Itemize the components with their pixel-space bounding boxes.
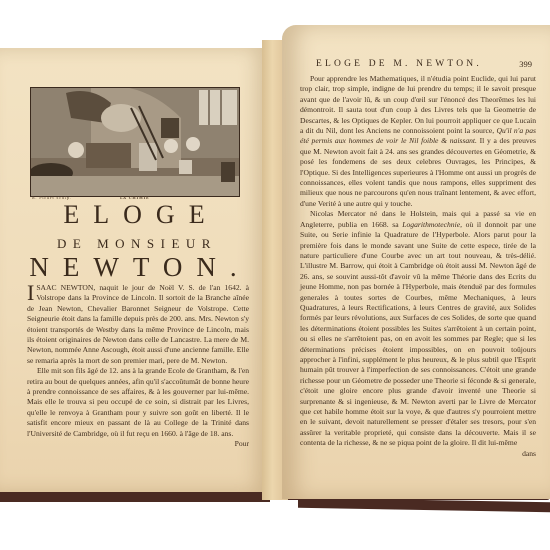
- engraving-alchemy-laboratory: [30, 87, 240, 197]
- title-newton: NEWTON.: [0, 252, 268, 283]
- drop-cap: I: [27, 284, 34, 302]
- catchword: Pour: [27, 439, 249, 449]
- catchword: dans: [300, 449, 536, 459]
- paragraph: Pour apprendre les Mathematiques, il n'é…: [300, 74, 536, 209]
- engraving-illustration-icon: [31, 88, 239, 196]
- left-page-body: ISAAC NEWTON, naquit le jour de Noël V. …: [27, 283, 249, 450]
- right-page-body: Pour apprendre les Mathematiques, il n'é…: [300, 74, 536, 459]
- paragraph: ISAAC NEWTON, naquit le jour de Noël V. …: [27, 283, 249, 366]
- book-cover-edge-left: [0, 494, 270, 502]
- paragraph: Elle mit son fils âgé de 12. ans à la gr…: [27, 366, 249, 439]
- title-de-monsieur: DE MONSIEUR: [0, 236, 268, 252]
- italic-title: Logarithmotechnie,: [402, 220, 462, 229]
- paragraph: Nicolas Mercator né dans le Holstein, ma…: [300, 209, 536, 448]
- page-number: 399: [519, 59, 532, 69]
- title-eloge: ELOGE: [0, 200, 268, 230]
- running-head-title: ELOGE DE M. NEWTON.: [316, 59, 482, 69]
